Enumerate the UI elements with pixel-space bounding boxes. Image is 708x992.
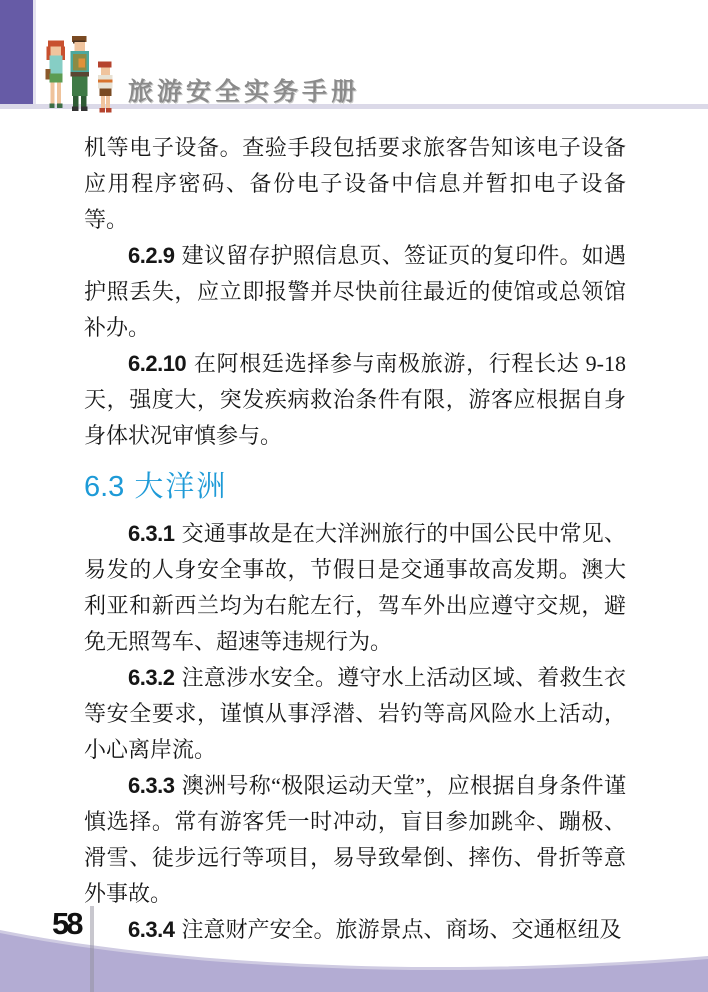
manual-page: 旅游安全实务手册 机等电子设备。查验手段包括要求旅客告知该电子设备应用程序密码、…	[0, 0, 708, 992]
section-number: 6.3.1	[128, 521, 181, 546]
section-number: 6.2.9	[128, 243, 181, 268]
footer-wave	[0, 930, 708, 992]
header-purple-block	[0, 0, 36, 104]
section-heading-6-3: 6.3大洋洲	[84, 467, 626, 507]
paragraph-text: 机等电子设备。查验手段包括要求旅客告知该电子设备应用程序密码、备份电子设备中信息…	[84, 135, 626, 232]
paragraph-6-2-10: 6.2.10在阿根廷选择参与南极旅游，行程长达 9-18 天，强度大，突发疾病救…	[84, 346, 626, 454]
footer-divider-line	[90, 906, 94, 992]
paragraph-6-2-9: 6.2.9建议留存护照信息页、签证页的复印件。如遇护照丢失，应立即报警并尽快前往…	[84, 238, 626, 346]
section-number: 6.3.3	[128, 773, 181, 798]
heading-title: 大洋洲	[134, 471, 227, 503]
section-number: 6.3.2	[128, 665, 181, 690]
family-illustration-icon	[44, 36, 118, 114]
paragraph-6-3-2: 6.3.2注意涉水安全。遵守水上活动区域、着救生衣等安全要求，谨慎从事浮潜、岩钓…	[84, 660, 626, 768]
paragraph-6-3-1: 6.3.1交通事故是在大洋洲旅行的中国公民中常见、易发的人身安全事故，节假日是交…	[84, 516, 626, 660]
book-title: 旅游安全实务手册	[128, 72, 360, 108]
page-body: 机等电子设备。查验手段包括要求旅客告知该电子设备应用程序密码、备份电子设备中信息…	[84, 130, 626, 948]
section-number: 6.2.10	[128, 351, 193, 376]
paragraph-continuation: 机等电子设备。查验手段包括要求旅客告知该电子设备应用程序密码、备份电子设备中信息…	[84, 130, 626, 238]
heading-number: 6.3	[84, 471, 134, 503]
paragraph-6-3-3: 6.3.3澳洲号称“极限运动天堂”，应根据自身条件谨慎选择。常有游客凭一时冲动，…	[84, 768, 626, 912]
page-number: 58	[52, 906, 80, 942]
